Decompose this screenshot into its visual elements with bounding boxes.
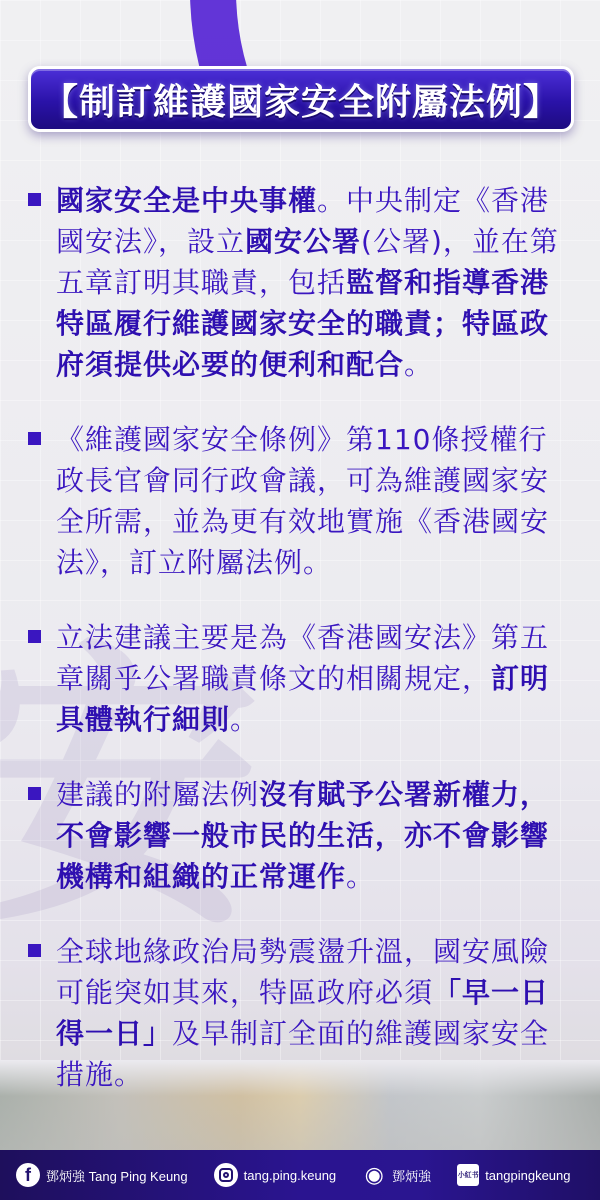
emphasis-text: 國安公署 xyxy=(245,225,361,258)
bullet-item: 國家安全是中央事權。中央制定《香港國安法》，設立國安公署(公署)，並在第五章訂明… xyxy=(28,180,576,385)
bullet-list: 國家安全是中央事權。中央制定《香港國安法》，設立國安公署(公署)，並在第五章訂明… xyxy=(28,180,576,1129)
bullet-item: 建議的附屬法例沒有賦予公署新權力，不會影響一般市民的生活，亦不會影響機構和組織的… xyxy=(28,774,576,897)
bullet-item: 立法建議主要是為《香港國安法》第五章關乎公署職責條文的相關規定，訂明具體執行細則… xyxy=(28,617,576,740)
weibo-label: 鄧炳強 xyxy=(392,1166,431,1185)
bullet-square-icon xyxy=(28,432,41,445)
facebook-label: 鄧炳強 Tang Ping Keung xyxy=(46,1166,188,1185)
bullet-square-icon xyxy=(28,630,41,643)
bullet-item: 《維護國家安全條例》第110條授權行政長官會同行政會議，可為維護國家安全所需，並… xyxy=(28,419,576,583)
instagram-label: tang.ping.keung xyxy=(244,1168,337,1183)
bullet-square-icon xyxy=(28,944,41,957)
body-text: 。 xyxy=(346,860,375,893)
body-text: 。 xyxy=(404,348,433,381)
bullet-square-icon xyxy=(28,193,41,206)
social-xiaohongshu[interactable]: 小紅书 tangpingkeung xyxy=(457,1164,570,1186)
instagram-icon xyxy=(214,1163,238,1187)
social-instagram[interactable]: tang.ping.keung xyxy=(214,1163,337,1187)
bullet-item: 全球地緣政治局勢震盪升溫，國安風險可能突如其來，特區政府必須「早一日得一日」及早… xyxy=(28,931,576,1095)
facebook-icon: f xyxy=(16,1163,40,1187)
page-title: 【制訂維護國家安全附屬法例】 xyxy=(42,74,560,125)
weibo-icon: ◉ xyxy=(362,1163,386,1187)
xiaohongshu-icon: 小紅书 xyxy=(457,1164,479,1186)
body-text: 建議的附屬法例 xyxy=(56,778,259,811)
title-banner: 【制訂維護國家安全附屬法例】 xyxy=(28,66,574,132)
social-weibo[interactable]: ◉ 鄧炳強 xyxy=(362,1163,431,1187)
xiaohongshu-label: tangpingkeung xyxy=(485,1168,570,1183)
body-text: 立法建議主要是為《香港國安法》第五章關乎公署職責條文的相關規定， xyxy=(56,621,549,695)
bullet-square-icon xyxy=(28,787,41,800)
social-footer: f 鄧炳強 Tang Ping Keung tang.ping.keung ◉ … xyxy=(0,1150,600,1200)
body-text: 《維護國家安全條例》第110條授權行政長官會同行政會議，可為維護國家安全所需，並… xyxy=(56,423,549,579)
body-text: 。 xyxy=(230,703,259,736)
emphasis-text: 國家安全是中央事權 xyxy=(56,184,317,217)
social-facebook[interactable]: f 鄧炳強 Tang Ping Keung xyxy=(16,1163,188,1187)
